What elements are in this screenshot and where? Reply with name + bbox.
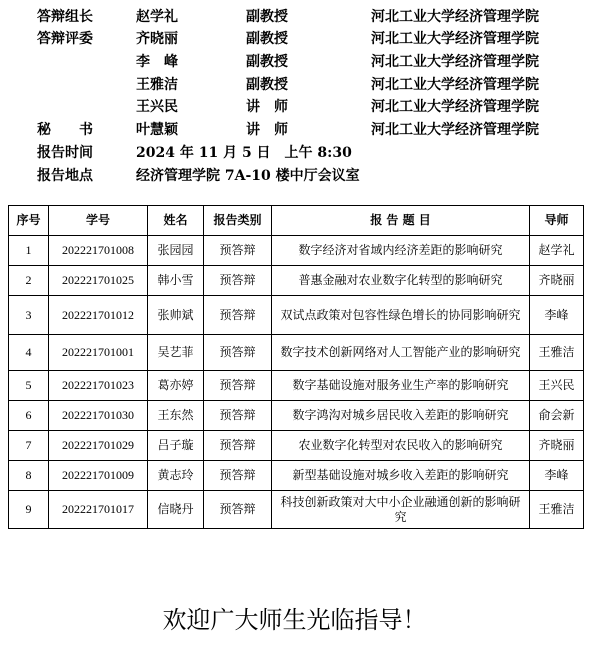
cell-report-type: 预答辩	[204, 335, 272, 371]
committee-name: 叶慧颖	[136, 119, 178, 141]
committee-row: 答辩组长 赵学礼 副教授 河北工业大学经济管理学院	[0, 6, 589, 28]
table-row: 6 202221701030 王东然 预答辩 数字鸿沟对城乡居民收入差距的影响研…	[9, 401, 584, 431]
welcome-message: 欢迎广大师生光临指导！	[0, 600, 589, 635]
table-row: 1 202221701008 张园园 预答辩 数字经济对省域内经济差距的影响研究…	[9, 236, 584, 266]
cell-name: 王东然	[148, 401, 204, 431]
cell-topic: 双试点政策对包容性绿色增长的协同影响研究	[272, 296, 530, 335]
committee-title: 副教授	[246, 28, 288, 50]
cell-student-id: 202221701023	[49, 371, 148, 401]
cell-report-type: 预答辩	[204, 491, 272, 529]
cell-topic: 普惠金融对农业数字化转型的影响研究	[272, 266, 530, 296]
cell-name: 韩小雪	[148, 266, 204, 296]
report-time-row: 报告时间 2024 年 11 月 5 日 上午 8:30	[0, 142, 589, 164]
cell-student-id: 202221701025	[49, 266, 148, 296]
table-row: 3 202221701012 张帅斌 预答辩 双试点政策对包容性绿色增长的协同影…	[9, 296, 584, 335]
committee-row: 王兴民 讲 师 河北工业大学经济管理学院	[0, 96, 589, 118]
cell-student-id: 202221701030	[49, 401, 148, 431]
committee-title: 讲 师	[246, 119, 288, 141]
cell-no: 4	[9, 335, 49, 371]
committee-role: 答辩评委	[37, 28, 107, 50]
table-row: 2 202221701025 韩小雪 预答辩 普惠金融对农业数字化转型的影响研究…	[9, 266, 584, 296]
committee-row: 答辩评委 齐晓丽 副教授 河北工业大学经济管理学院	[0, 28, 589, 50]
cell-no: 6	[9, 401, 49, 431]
cell-topic: 科技创新政策对大中小企业融通创新的影响研究	[272, 491, 530, 529]
committee-org: 河北工业大学经济管理学院	[371, 51, 539, 73]
cell-advisor: 齐晓丽	[530, 431, 584, 461]
cell-topic: 数字基础设施对服务业生产率的影响研究	[272, 371, 530, 401]
cell-student-id: 202221701029	[49, 431, 148, 461]
committee-row: 王雅洁 副教授 河北工业大学经济管理学院	[0, 74, 589, 96]
committee-row: 秘 书 叶慧颖 讲 师 河北工业大学经济管理学院	[0, 119, 589, 141]
report-time-value: 2024 年 11 月 5 日 上午 8:30	[136, 142, 352, 164]
cell-name: 张园园	[148, 236, 204, 266]
committee-name: 王雅洁	[136, 74, 178, 96]
header-student-id: 学号	[49, 206, 148, 236]
cell-name: 黄志玲	[148, 461, 204, 491]
cell-student-id: 202221701008	[49, 236, 148, 266]
cell-advisor: 俞会新	[530, 401, 584, 431]
cell-advisor: 齐晓丽	[530, 266, 584, 296]
committee-org: 河北工业大学经济管理学院	[371, 6, 539, 28]
report-time-label: 报告时间	[37, 142, 93, 164]
cell-advisor: 王雅洁	[530, 491, 584, 529]
committee-org: 河北工业大学经济管理学院	[371, 28, 539, 50]
table-row: 7 202221701029 吕子璇 预答辩 农业数字化转型对农民收入的影响研究…	[9, 431, 584, 461]
cell-report-type: 预答辩	[204, 461, 272, 491]
cell-report-type: 预答辩	[204, 266, 272, 296]
committee-role: 秘 书	[37, 119, 107, 141]
committee-title: 副教授	[246, 6, 288, 28]
cell-no: 3	[9, 296, 49, 335]
committee-org: 河北工业大学经济管理学院	[371, 74, 539, 96]
cell-report-type: 预答辩	[204, 371, 272, 401]
cell-report-type: 预答辩	[204, 296, 272, 335]
header-topic: 报 告 题 目	[272, 206, 530, 236]
cell-name: 吴艺菲	[148, 335, 204, 371]
committee-name: 李 峰	[136, 51, 178, 73]
committee-role: 答辩组长	[37, 6, 107, 28]
cell-student-id: 202221701009	[49, 461, 148, 491]
committee-row: 李 峰 副教授 河北工业大学经济管理学院	[0, 51, 589, 73]
cell-report-type: 预答辩	[204, 401, 272, 431]
cell-advisor: 赵学礼	[530, 236, 584, 266]
committee-title: 副教授	[246, 51, 288, 73]
cell-advisor: 李峰	[530, 296, 584, 335]
cell-topic: 数字鸿沟对城乡居民收入差距的影响研究	[272, 401, 530, 431]
cell-report-type: 预答辩	[204, 431, 272, 461]
table-header-row: 序号 学号 姓名 报告类别 报 告 题 目 导师	[9, 206, 584, 236]
cell-no: 5	[9, 371, 49, 401]
cell-no: 9	[9, 491, 49, 529]
cell-advisor: 王兴民	[530, 371, 584, 401]
committee-title: 讲 师	[246, 96, 288, 118]
table-row: 9 202221701017 信晓丹 预答辩 科技创新政策对大中小企业融通创新的…	[9, 491, 584, 529]
cell-advisor: 李峰	[530, 461, 584, 491]
cell-no: 2	[9, 266, 49, 296]
cell-topic: 新型基础设施对城乡收入差距的影响研究	[272, 461, 530, 491]
cell-report-type: 预答辩	[204, 236, 272, 266]
cell-topic: 数字技术创新网络对人工智能产业的影响研究	[272, 335, 530, 371]
cell-topic: 数字经济对省域内经济差距的影响研究	[272, 236, 530, 266]
report-place-value: 经济管理学院 7A-10 楼中厅会议室	[136, 165, 360, 187]
cell-no: 8	[9, 461, 49, 491]
table-row: 4 202221701001 吴艺菲 预答辩 数字技术创新网络对人工智能产业的影…	[9, 335, 584, 371]
report-place-label: 报告地点	[37, 165, 93, 187]
cell-no: 7	[9, 431, 49, 461]
header-name: 姓名	[148, 206, 204, 236]
cell-name: 信晓丹	[148, 491, 204, 529]
header-no: 序号	[9, 206, 49, 236]
cell-student-id: 202221701001	[49, 335, 148, 371]
committee-org: 河北工业大学经济管理学院	[371, 119, 539, 141]
cell-advisor: 王雅洁	[530, 335, 584, 371]
cell-name: 葛亦婷	[148, 371, 204, 401]
committee-name: 齐晓丽	[136, 28, 178, 50]
cell-topic: 农业数字化转型对农民收入的影响研究	[272, 431, 530, 461]
committee-title: 副教授	[246, 74, 288, 96]
committee-org: 河北工业大学经济管理学院	[371, 96, 539, 118]
cell-name: 张帅斌	[148, 296, 204, 335]
schedule-table: 序号 学号 姓名 报告类别 报 告 题 目 导师 1 202221701008 …	[8, 205, 584, 529]
table-row: 5 202221701023 葛亦婷 预答辩 数字基础设施对服务业生产率的影响研…	[9, 371, 584, 401]
cell-no: 1	[9, 236, 49, 266]
cell-student-id: 202221701012	[49, 296, 148, 335]
header-report-type: 报告类别	[204, 206, 272, 236]
header-advisor: 导师	[530, 206, 584, 236]
report-place-row: 报告地点 经济管理学院 7A-10 楼中厅会议室	[0, 165, 589, 187]
cell-name: 吕子璇	[148, 431, 204, 461]
table-row: 8 202221701009 黄志玲 预答辩 新型基础设施对城乡收入差距的影响研…	[9, 461, 584, 491]
cell-student-id: 202221701017	[49, 491, 148, 529]
committee-name: 赵学礼	[136, 6, 178, 28]
committee-name: 王兴民	[136, 96, 178, 118]
